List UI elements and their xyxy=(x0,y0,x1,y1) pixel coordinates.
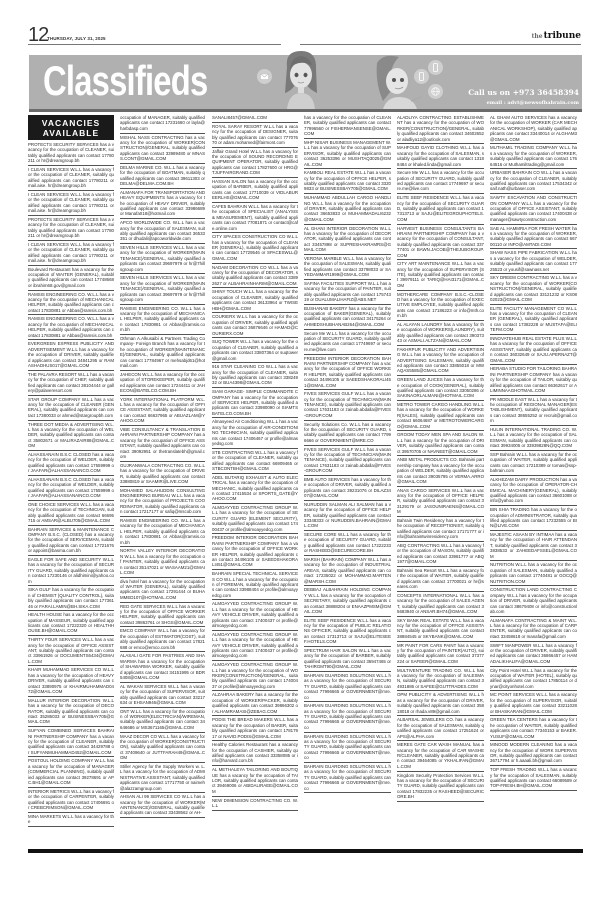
classified-ad: GROOM TODAY MEN SPA AND SALON W.L.L has … xyxy=(397,431,484,456)
classified-ad: Secure Me W.L.L has a vacancy for the oc… xyxy=(397,169,484,194)
classified-ad: Jaffair Grand Hotel W.L.L has a vacancy … xyxy=(212,148,298,178)
classified-ad: JAHECON W.L.L has a vacancy for the occu… xyxy=(120,371,205,396)
classified-ad: RAMSIS ENGINEERING CO. W.L.L has a vacan… xyxy=(28,291,114,316)
classified-ad: SEVEN HILLS SERVICES W.L.L has a vacancy… xyxy=(120,244,205,274)
classified-ad: AL GHAM AUTO SERVICES has a vacancy for … xyxy=(490,115,577,144)
classified-ad: THE PALAVRA RESORT W.L.L has a vacancy f… xyxy=(28,371,114,396)
classified-ad: PODIS THE BREAD MAKERS W.L.L has a vacan… xyxy=(212,716,298,741)
classified-ad: Almasyeed Air Conditioning W.L.L has a v… xyxy=(212,418,298,448)
classified-ad: SAWTY EXCAVATION AND CONSTRUCTION COMPAN… xyxy=(490,194,577,224)
classified-ad: AL METHALEYA TAILORING AND BOUTIQUE has … xyxy=(212,766,298,796)
column-4: has a vacancy for the occupation of CLEA… xyxy=(304,115,391,850)
classified-ad: BAHRAIN SERVICES & MAINTENANCE COMPANY B… xyxy=(28,526,114,556)
classified-ad: MOHAMED SALAHUDDIN CONSULTING ENGINEERIN… xyxy=(120,487,205,517)
classified-ad: TOP FRESH TRADING W.L.L has a vacancy fo… xyxy=(490,766,577,791)
classified-ad: ALZAHRAA BAKERY has a vacancy for the oc… xyxy=(212,691,298,716)
classified-ad: VIBE CONSULTANCY & TRANSLATION BAHRAINI … xyxy=(120,426,205,462)
classified-ad: SSP Bahrain W.L.L has a vacancy for the … xyxy=(490,451,577,476)
classified-ad: Bahrain Twin Residency has a vacancy for… xyxy=(397,517,484,542)
classified-ad: SEVEN HILLS SERVICES W.L.L has a vacancy… xyxy=(120,274,205,304)
classified-ad: SKY BANK REAL ESTATE W.L.L has a vacancy… xyxy=(397,617,484,642)
classified-ad: SUQ TOWER W.L.L has a vacancy for the oc… xyxy=(212,338,298,363)
classified-ad: STAR GROUP COMPANY W.L.L has a vacancy f… xyxy=(28,396,114,421)
classified-ad: I CLEAN SERVICES W.L.L has a vacancy for… xyxy=(28,241,114,266)
classified-ad: EAGLE FOR SAFE AND SECURITY W.L.L has a … xyxy=(28,556,114,586)
classified-ad: EVERGREEN EXPRESS PUBLICITY AND ADVERTIS… xyxy=(28,340,114,370)
classified-ad: MOTHERCARE COMPANY B.S.C.-CLOSED has a v… xyxy=(397,291,484,321)
classified-ad: ELITE SEEF RESIDENCE W.L.L has a vacancy… xyxy=(397,194,484,224)
classified-ad: MALLUR INTERIOR DECORATION W.L.L has a v… xyxy=(28,697,114,727)
classified-ad: BAHRAIN GUARDING SOLUTIONS W.L.L has a v… xyxy=(304,672,391,702)
classified-ad: GUJRANWALA CONTRACTING CO. W.L.L has a v… xyxy=(120,462,205,487)
classified-ad: I CLEAN SERVICES W.L.L has a vacancy for… xyxy=(28,191,114,216)
classified-ad: APCO WORLDWIDE CO. W.L.L has a vacancy f… xyxy=(120,219,205,244)
classified-ad: SHAW NASS PIPE FABRICATION W.L.L has a v… xyxy=(490,249,577,274)
classified-ad: ANBI METAL PRODUCTS CO. Bahraini partner… xyxy=(397,456,484,486)
classified-ad: HULIN INTERNATIONAL TRADING CO. W.L.L ha… xyxy=(490,426,577,451)
classified-ad: Security Solutions Co. W.L.L has a vacan… xyxy=(304,421,391,446)
classified-ad: AL GHANI INTERIOR DECORATION W.L.L has a… xyxy=(304,225,391,255)
classified-ad: PROTECTS SECURITY SERVICES has a vacancy… xyxy=(28,141,114,166)
classified-ad: OPM PUBLICITY & ADVERTISING W.L.L has a … xyxy=(397,691,484,716)
classified-ad: ABQ CONTRACTING W.L.L has a vacancy for … xyxy=(397,542,484,567)
classified-ad: RAMSIS ENGINEERING CO. W.L.L has a vacan… xyxy=(28,315,114,340)
email-text: email : advt@newsofbahrain.com xyxy=(279,100,579,106)
classified-ad: ELITE SEEF RESIDENCE W.L.L has a vacancy… xyxy=(304,617,391,647)
classified-ad: ALADLIYA CONTRACTING ESTABLISHMENT has a… xyxy=(397,115,484,144)
classified-ad: RAMSIS ENGINEERING CO. W.L.L has a vacan… xyxy=(120,517,205,547)
classified-ad: SKY DREEM CONTRACTING W.L.L has a vacanc… xyxy=(490,274,577,304)
classified-ad: AHSAN ALI 99 SERVICES CO W.L.L has a vac… xyxy=(120,793,205,818)
classified-ad: ANAS CARGO SERVICES W.L.L has a vacancy … xyxy=(397,487,484,517)
classified-ad: ALBARSAL JEWELERS CO. has a vacancy for … xyxy=(397,716,484,741)
classifieds-page: 12 THURSDAY, JULY 31, 2025 thetribune Cl… xyxy=(0,0,599,900)
classified-ad: ALMOAYYED CONTRACTING GROUP W.L.L has a … xyxy=(212,661,298,691)
classified-ad: CITY SPACES CONSTRUCTION CO W.L.L has a … xyxy=(212,233,298,263)
classified-ad: METRO TOWER CARGO HANDLING W.L.L has a v… xyxy=(397,401,484,431)
classified-ad: ALMANAFA FOR TRANSPORTATION AND HEAVY EQ… xyxy=(120,189,205,219)
classified-ad: ALASALI GATE FOR PASTRIES AND SHAWARMA h… xyxy=(120,652,205,682)
classified-ad: FIVES SERVICES GULF W.L.L has a vacancy … xyxy=(304,446,391,476)
classified-ad: BAHRAIN GUARDING SOLUTIONS W.L.L has a v… xyxy=(304,763,391,793)
classified-ad: MARSH (BAHRAIN) COMPANY W.L.L has a vaca… xyxy=(304,556,391,586)
classifieds-banner: Classifieds xyxy=(29,55,582,109)
column-3: SANALI8457@GMAIL.COMROYAL SARAY RESORT W… xyxy=(212,115,298,850)
classified-ad: NADAM DECORATION CO W.L.L has a vacancy … xyxy=(212,264,298,289)
classified-ad: City Point Hotel W.L.L has a vacancy for… xyxy=(490,667,577,692)
classified-ad: diva hotel has a vacancy for the occupat… xyxy=(120,578,205,603)
mobile-phone-icon xyxy=(428,60,443,75)
classified-ad: MISHAL NASS CONTRACTING has a vacancy fo… xyxy=(120,134,205,164)
classified-ad: NEW DIMENSION CONTRACTING CO. W.L.L xyxy=(212,797,298,811)
classified-ad: MINA MARKETS W.L.L has a vacancy for the xyxy=(28,813,114,827)
classified-ad: MUTHAMIL TRADING COMPANY W.L.L has a vac… xyxy=(490,144,577,169)
classified-ad: ONE CHOICE SERVICES W.L.L has a vacancy … xyxy=(28,501,114,526)
bottom-rule xyxy=(28,849,583,853)
classified-ad: RED GATE SERVICES W.L.L has a vacancy fo… xyxy=(120,603,205,628)
classified-ad: HARVEST BUSINESS CONSULTANTS BAHRAINI PA… xyxy=(397,225,484,261)
banner-title: Classifieds xyxy=(43,57,207,105)
classified-ad: ONT W.L.L has a vacancy for the occupati… xyxy=(120,708,205,733)
envelope-icon xyxy=(257,69,272,84)
classified-ad: MAAZ DECOR CO W.L.L has a vacancy for th… xyxy=(120,733,205,763)
classified-ad: ALMANAFA CONTRACTING & MAINT W.L.L has a… xyxy=(490,617,577,642)
classified-ad: KAMBOLI REAL ESTATE W.L.L has a vacancy … xyxy=(304,169,391,194)
classified-ad: THREE DOT MEDIA & ADVERTISING W.L.L has … xyxy=(28,421,114,451)
classified-ad: SUFYAN COMBINED SERVICES BAHRAINI PARTNE… xyxy=(28,727,114,757)
classified-ad: DELMA MARINE CO. W.L.L has a vacancy for… xyxy=(120,164,205,189)
classified-ad: ROYAL SARAY RESORT W.L.L has a vacancy f… xyxy=(212,123,298,148)
column-5: ALADLIYA CONTRACTING ESTABLISHMENT has a… xyxy=(397,115,484,850)
classified-ad: AL ALAYAN LAUNDRY has a vacancy for the … xyxy=(397,321,484,346)
classified-ad: Secure Me W.L.L has a vacancy for the oc… xyxy=(304,330,391,355)
classified-ad: SWIFT MANPOWER W.L.L has a vacancy for t… xyxy=(490,642,577,667)
column-1: VACANCIES AVAILABLE PROTECTS SECURITY SE… xyxy=(28,115,114,850)
classified-ad: SAB AL HAMMRIA FOR FRESH WATER has a vac… xyxy=(490,225,577,250)
classified-ad: SIKA GULF has a vacancy for the occupati… xyxy=(28,586,114,611)
classified-ad: STB CONTRACTING W.L.L has a vacancy for … xyxy=(212,449,298,474)
classified-ad: occupation of MANAGER, suitably qualifie… xyxy=(120,115,205,134)
classified-ad: HERABA STUDIO FOR TAILORING BAHRAINI PAR… xyxy=(490,365,577,395)
vacancies-label: VACANCIES xyxy=(28,118,114,128)
classified-ad: MHP NISAR BUSINESS MANAGEMENT W.L.L has … xyxy=(304,139,391,169)
classified-ad: MR PAINT FOR CARS PAINT has a vacancy fo… xyxy=(397,642,484,667)
classified-ad: HASSAN SALON has a vacancy for the occup… xyxy=(212,178,298,203)
classified-ad: ALMOAYYED CONTRACTING GROUP W.L.L has a … xyxy=(212,600,298,630)
classified-ad: URBASER BAHRAIN CO W.L.L has a vacancy f… xyxy=(490,169,577,194)
logo-mark: the xyxy=(532,33,543,40)
tribune-logo: thetribune xyxy=(532,31,581,41)
classified-ad: BAHRAIN GUARDING SOLUTIONS W.L.L has a v… xyxy=(304,733,391,763)
call-us-text: Call us on +973 36458394 xyxy=(279,88,579,97)
classified-ad: Bahraini Sea Resort W.L.L has a vacancy … xyxy=(397,567,484,592)
classified-ad: THIRTY FOUR SERVICES W.L.L has a vacancy… xyxy=(28,636,114,666)
classified-ad: CAFE5 BAHRAIN W.L.L has a vacancy for th… xyxy=(212,203,298,233)
classified-ad: MC POINT SERVICES W.L.L has a vacancy fo… xyxy=(490,691,577,716)
classified-ad: I CLEAN SERVICES W.L.L has a vacancy for… xyxy=(28,166,114,191)
classified-ad: MUHAMMAD ABDULLAH CARGO HANDLING W.L.L h… xyxy=(304,194,391,224)
masthead-left: 12 THURSDAY, JULY 31, 2025 xyxy=(28,26,281,45)
classified-ad: SECURE CORE W.L.L has a vacancy for the … xyxy=(304,531,391,556)
classified-ad: AL WAKAN SERVICES W.L.L has a vacancy fo… xyxy=(120,683,205,708)
classified-ad: MINOOD MODERN CLEANING has a vacancy for… xyxy=(490,741,577,766)
classified-ad: ALHASSANAIN B.S.C CLOSED has a vacancy f… xyxy=(28,476,114,501)
classified-ad: 916 STAR CLEANING CO W.L.L has a vacancy… xyxy=(212,363,298,388)
classified-ad: SANALI8457@GMAIL.COM xyxy=(212,115,298,123)
classified-ad: Kingdom Security Protection Services W.L… xyxy=(397,772,484,802)
classified-ad: RAMSIS ENGINEERING CO. W.L.L has a vacan… xyxy=(120,305,205,335)
classified-ad: FREEDOM INTERIOR DECORATION BAHRAINI PAR… xyxy=(212,534,298,570)
column-2: occupation of MANAGER, suitably qualifie… xyxy=(120,115,205,850)
classified-ad: CONSTRUCTION LAND CONTRACTING Company W.… xyxy=(490,586,577,616)
classified-ad: GREEN LAND JUICES has a vacancy for the … xyxy=(397,376,484,401)
available-label: AVAILABLE xyxy=(28,128,114,138)
classified-ad: Healthy Calories Restaurant has a vacanc… xyxy=(212,741,298,766)
classified-ad: VERONA MARBLE W.L.L has a vacancy for th… xyxy=(304,255,391,280)
classified-ad: CITY ART MAINTENANCE W.L.L has a vacancy… xyxy=(397,260,484,290)
banner-bottom-bar xyxy=(29,109,582,112)
classified-ad: BUSHANAB BAKERY has a vacancy for the oc… xyxy=(304,305,391,330)
classified-ad: FIVES SERVICES GULF W.L.L has a vacancy … xyxy=(304,390,391,420)
classified-ad: Boulevard Restaurant has a vacancy for t… xyxy=(28,266,114,291)
classified-ad: CONCEPTS INTERNATIONAL W.L.L has a vacan… xyxy=(397,592,484,617)
classified-ad: FAKHRPUR PUBLICITY AND ADVERTISING W.L.L… xyxy=(397,346,484,376)
classified-ad: ALMOAYYED CONTRACTING GROUP W.L.L has a … xyxy=(212,504,298,534)
classified-ad: SAFINA FACILITIES SUPPORT W.L.L has a va… xyxy=(304,280,391,305)
classified-ad: INTERIOR METRICS W.L.L has a vacancy for… xyxy=(28,788,114,813)
vacancies-available-header: VACANCIES AVAILABLE xyxy=(28,115,114,140)
column-6: AL GHAM AUTO SERVICES has a vacancy for … xyxy=(490,115,577,850)
page-date: THURSDAY, JULY 31, 2025 xyxy=(47,36,106,41)
classified-ad: BIN SHIA TRADING has a vacancy for the o… xyxy=(490,506,577,531)
classified-ad: BAHRAIN SPECIAL TECHNICAL SERVICES CO W.… xyxy=(212,570,298,600)
classified-ad: NORTH VALLEY INTERIOR DECORATION W.L.L h… xyxy=(120,547,205,577)
classified-ad: NUTRITION W.L.L has a vacancy for the oc… xyxy=(490,561,577,586)
classified-ad: PR MIDDLE EAST W.L.L has a vacancy for t… xyxy=(490,396,577,426)
classified-ad: GREEN TEA CENTERS has a vacancy for the … xyxy=(490,716,577,741)
classified-ad: MERES GATE CAR WASH MANUAL has a vacancy… xyxy=(397,741,484,771)
classified-ad: ELITE FACILITY MANAGEMENT CO W.L.L has a… xyxy=(490,305,577,335)
classified-ad: MAHFOUD GAYID CLOTHING W.L.L has a vacan… xyxy=(397,144,484,169)
classified-ad: DEBBAJ ALBAHRAIN HOLDING COMPANY W.L.L h… xyxy=(304,586,391,616)
logo-text: tribune xyxy=(544,31,581,41)
classified-ad: POSTOUL HOLDING COMPANY W.L.L has a vaca… xyxy=(28,757,114,787)
classified-ad: ALKHEZAM DAIRY PRODUCTION has a vacancy … xyxy=(490,476,577,506)
classified-ad: YORK INTERNATIONAL PLATFORM W.L.L has a … xyxy=(120,396,205,426)
classified-ad: EMCO COMPANY W.L.L has a vacancy for the… xyxy=(120,627,205,652)
classified-columns: VACANCIES AVAILABLE PROTECTS SECURITY SE… xyxy=(28,115,584,850)
classified-ad: ADEL BUTARIQ EXHAUST & AUTO ELECTRICAL h… xyxy=(212,474,298,504)
page-number: 12 xyxy=(28,26,48,44)
classified-ad: COURIERX W.L.L has a vacancy for the occ… xyxy=(212,313,298,338)
classified-ad: HEALTH HOUSE has a vacancy for the occup… xyxy=(28,611,114,636)
classified-ad: SIAM GARAGE- SIMPLE COMMANDITE COMPANY h… xyxy=(212,388,298,418)
classified-ad: KHAIR MUHAMMAD SERVICES CO W.L.L has a v… xyxy=(28,666,114,696)
classified-ad: SHINY TOUCH W.L.L has a vacancy for the … xyxy=(212,288,298,313)
classified-ad: ALHASSANAIN B.S.C CLOSED has a vacancy f… xyxy=(28,451,114,476)
classified-ad: MAJESTIC ASAAN BY INTIMAA has a vacancy … xyxy=(490,531,577,561)
classified-ad: BMB AUTO SERVICES has a vacancy for the … xyxy=(304,476,391,501)
classified-ad: MULTIVENTURE TRADING CO. W.L.L has a vac… xyxy=(397,667,484,692)
masthead-right: thetribune xyxy=(300,26,581,45)
classified-ad: FREEDOM INTERIOR DECORATION BAHRAINI PAR… xyxy=(304,355,391,391)
classified-ad: Othman A.Alkusaibi & Partners Trading Co… xyxy=(120,335,205,371)
classified-ad: PROTECTS SECURITY SERVICES has a vacancy… xyxy=(28,216,114,241)
classified-ad: BAHRAIN GUARDING SOLUTIONS W.L.L has a v… xyxy=(304,702,391,732)
classified-ad: ALMOAYYED CONTRACTING GROUP W.L.L has a … xyxy=(212,631,298,661)
classified-ad: INNOVATEHUB REAL ESTATE PLUS W.L.L has a… xyxy=(490,335,577,365)
classified-ad: SPECTRUM HAIR SALON W.L.L has a vacancy … xyxy=(304,647,391,672)
classified-ad: Stiller Agency for the Supply Workers w.… xyxy=(120,763,205,793)
classified-ad: has a vacancy for the occupation of CLEA… xyxy=(304,115,391,139)
classified-ad: NURUDDIN SALMAN ALI SALMAN has a vacancy… xyxy=(304,501,391,531)
